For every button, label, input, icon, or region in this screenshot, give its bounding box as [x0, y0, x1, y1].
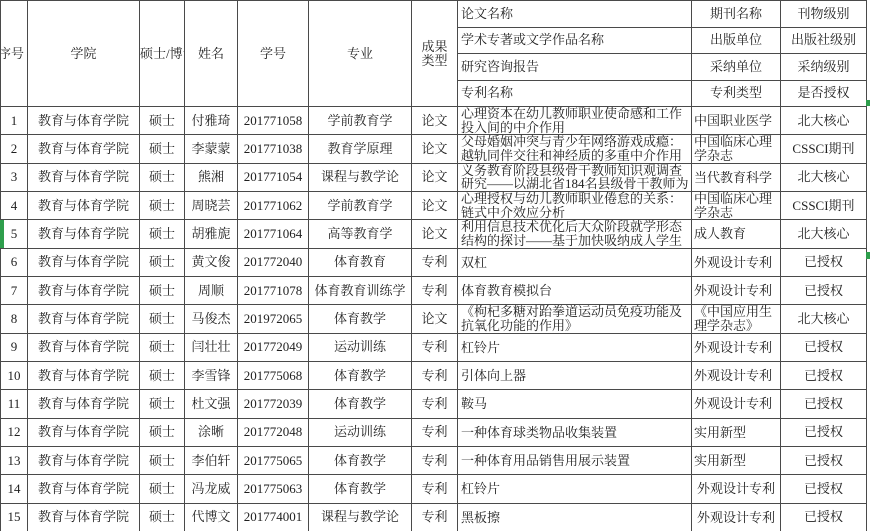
cell-student-id[interactable]: 201775063	[238, 475, 309, 503]
cell-row-number[interactable]: 10	[1, 361, 28, 389]
cell-work-title[interactable]: 双杠	[458, 248, 692, 276]
header-硕士博士[interactable]: 硕士/博士	[140, 1, 185, 107]
cell-work-title[interactable]: 利用信息技术优化后大众阶段就学形态结构的探讨——基于加快吸纳成人学生	[458, 220, 692, 248]
cell-major[interactable]: 教育学原理	[309, 135, 412, 163]
cell-degree[interactable]: 硕士	[140, 107, 185, 135]
cell-degree[interactable]: 硕士	[140, 163, 185, 191]
cell-student-id[interactable]: 201771038	[238, 135, 309, 163]
cell-student-name[interactable]: 付雅琦	[185, 107, 238, 135]
cell-result-type[interactable]: 专利	[412, 390, 458, 418]
selection-indicator-left	[0, 220, 4, 248]
cell-work-title[interactable]: 《枸杞多糖对跆拳道运动员免疫功能及抗氧化功能的作用》	[458, 305, 692, 333]
cell-degree[interactable]: 硕士	[140, 446, 185, 474]
cell-major[interactable]: 学前教育学	[309, 107, 412, 135]
spreadsheet-area: 序号 学院 硕士/博士 姓名 学号 专业 成果类型 论文名称 期刊名称 刊物级别…	[0, 0, 873, 531]
cell-major[interactable]: 体育教学	[309, 390, 412, 418]
cell-student-id[interactable]: 201771058	[238, 107, 309, 135]
header-论文名称[interactable]: 论文名称	[458, 1, 692, 28]
cell-degree[interactable]: 硕士	[140, 248, 185, 276]
header-学术专著名称[interactable]: 学术专著或文学作品名称	[458, 27, 692, 54]
cell-college[interactable]: 教育与体育学院	[28, 305, 140, 333]
cell-result-type[interactable]: 论文	[412, 135, 458, 163]
cell-level-or-granted[interactable]: CSSCI期刊	[781, 135, 867, 163]
cell-level-or-granted[interactable]: 北大核心	[781, 305, 867, 333]
table-row: 6 教育与体育学院 硕士 黄文俊 201772040 体育教育 专利 双杠 外观…	[1, 248, 867, 276]
selection-handle-bottom-right	[866, 252, 870, 259]
cell-work-title[interactable]: 心理资本在幼儿教师职业使命感和工作投入间的中介作用	[458, 107, 692, 135]
cell-student-name[interactable]: 杜文强	[185, 390, 238, 418]
cell-row-number[interactable]: 15	[1, 503, 28, 531]
cell-student-id[interactable]: 201771078	[238, 276, 309, 304]
cell-student-name[interactable]: 闫壮壮	[185, 333, 238, 361]
cell-degree[interactable]: 硕士	[140, 418, 185, 446]
cell-degree[interactable]: 硕士	[140, 305, 185, 333]
cell-student-id[interactable]: 201772040	[238, 248, 309, 276]
cell-work-title[interactable]: 体育教育模拟台	[458, 276, 692, 304]
cell-major[interactable]: 体育教学	[309, 475, 412, 503]
table-row: 7 教育与体育学院 硕士 周顺 201771078 体育教育训练学 专利 体育教…	[1, 276, 867, 304]
cell-result-type[interactable]: 专利	[412, 446, 458, 474]
cell-journal-or-patent-type[interactable]: 外观设计专利	[692, 390, 781, 418]
cell-student-id[interactable]: 201772048	[238, 418, 309, 446]
cell-row-number[interactable]: 8	[1, 305, 28, 333]
header-序号[interactable]: 序号	[1, 1, 28, 107]
cell-result-type[interactable]: 专利	[412, 475, 458, 503]
cell-journal-or-patent-type[interactable]: 外观设计专利	[692, 361, 781, 389]
cell-result-type[interactable]: 论文	[412, 220, 458, 248]
cell-degree[interactable]: 硕士	[140, 361, 185, 389]
cell-major[interactable]: 体育教育训练学	[309, 276, 412, 304]
cell-row-number[interactable]: 13	[1, 446, 28, 474]
cell-student-name[interactable]: 马俊杰	[185, 305, 238, 333]
cell-student-id[interactable]: 201972065	[238, 305, 309, 333]
table-row: 10 教育与体育学院 硕士 李雪锋 201775068 体育教学 专利 引体向上…	[1, 361, 867, 389]
cell-level-or-granted[interactable]: 已授权	[781, 446, 867, 474]
cell-journal-or-patent-type[interactable]: 中国临床心理学杂志	[692, 135, 781, 163]
cell-row-number[interactable]: 12	[1, 418, 28, 446]
cell-major[interactable]: 体育教学	[309, 446, 412, 474]
table-row: 15 教育与体育学院 硕士 代博文 201774001 课程与教学论 专利 黑板…	[1, 503, 867, 531]
cell-major[interactable]: 课程与教学论	[309, 503, 412, 531]
table-row: 14 教育与体育学院 硕士 冯龙威 201775063 体育教学 专利 杠铃片 …	[1, 475, 867, 503]
cell-level-or-granted[interactable]: 已授权	[781, 503, 867, 531]
cell-row-number[interactable]: 6	[1, 248, 28, 276]
cell-work-title[interactable]: 杠铃片	[458, 475, 692, 503]
cell-college[interactable]: 教育与体育学院	[28, 135, 140, 163]
cell-result-type[interactable]: 论文	[412, 163, 458, 191]
cell-row-number[interactable]: 5	[1, 220, 28, 248]
table-row: 2 教育与体育学院 硕士 李蒙蒙 201771038 教育学原理 论文 父母婚姻…	[1, 135, 867, 163]
header-专利类型[interactable]: 专利类型	[692, 80, 781, 107]
cell-level-or-granted[interactable]: 北大核心	[781, 220, 867, 248]
cell-student-name[interactable]: 涂晰	[185, 418, 238, 446]
cell-row-number[interactable]: 9	[1, 333, 28, 361]
cell-level-or-granted[interactable]: 北大核心	[781, 163, 867, 191]
cell-result-type[interactable]: 专利	[412, 333, 458, 361]
results-table: 序号 学院 硕士/博士 姓名 学号 专业 成果类型 论文名称 期刊名称 刊物级别…	[0, 0, 867, 531]
cell-result-type[interactable]: 论文	[412, 107, 458, 135]
cell-journal-or-patent-type[interactable]: 外观设计专利	[692, 248, 781, 276]
table-body: 1 教育与体育学院 硕士 付雅琦 201771058 学前教育学 论文 心理资本…	[1, 107, 867, 531]
cell-degree[interactable]: 硕士	[140, 503, 185, 531]
cell-major[interactable]: 运动训练	[309, 418, 412, 446]
cell-work-title[interactable]: 杠铃片	[458, 333, 692, 361]
cell-level-or-granted[interactable]: 北大核心	[781, 107, 867, 135]
table-row: 4 教育与体育学院 硕士 周晓芸 201771062 学前教育学 论文 心理授权…	[1, 191, 867, 219]
cell-major[interactable]: 体育教学	[309, 361, 412, 389]
table-row: 3 教育与体育学院 硕士 熊湘 201771054 课程与教学论 论文 义务教育…	[1, 163, 867, 191]
cell-college[interactable]: 教育与体育学院	[28, 503, 140, 531]
cell-student-name[interactable]: 周顺	[185, 276, 238, 304]
cell-college[interactable]: 教育与体育学院	[28, 418, 140, 446]
cell-level-or-granted[interactable]: 已授权	[781, 475, 867, 503]
cell-college[interactable]: 教育与体育学院	[28, 390, 140, 418]
cell-student-id[interactable]: 201771064	[238, 220, 309, 248]
cell-level-or-granted[interactable]: 已授权	[781, 333, 867, 361]
cell-journal-or-patent-type[interactable]: 《中国应用生理学杂志》	[692, 305, 781, 333]
cell-student-id[interactable]: 201771062	[238, 191, 309, 219]
cell-row-number[interactable]: 14	[1, 475, 28, 503]
cell-student-id[interactable]: 201775068	[238, 361, 309, 389]
header-采纳单位[interactable]: 采纳单位	[692, 54, 781, 81]
cell-row-number[interactable]: 7	[1, 276, 28, 304]
cell-row-number[interactable]: 3	[1, 163, 28, 191]
cell-journal-or-patent-type[interactable]: 实用新型	[692, 446, 781, 474]
cell-degree[interactable]: 硕士	[140, 333, 185, 361]
cell-journal-or-patent-type[interactable]: 中国职业医学	[692, 107, 781, 135]
cell-major[interactable]: 课程与教学论	[309, 163, 412, 191]
cell-level-or-granted[interactable]: CSSCI期刊	[781, 191, 867, 219]
cell-row-number[interactable]: 4	[1, 191, 28, 219]
cell-student-name[interactable]: 胡雅旎	[185, 220, 238, 248]
cell-row-number[interactable]: 11	[1, 390, 28, 418]
cell-major[interactable]: 运动训练	[309, 333, 412, 361]
cell-work-title[interactable]: 心理授权与幼儿教师职业倦怠的关系：链式中介效应分析	[458, 191, 692, 219]
cell-work-title[interactable]: 鞍马	[458, 390, 692, 418]
cell-student-name[interactable]: 李伯轩	[185, 446, 238, 474]
header-刊物级别[interactable]: 刊物级别	[781, 1, 867, 28]
header-学院[interactable]: 学院	[28, 1, 140, 107]
cell-level-or-granted[interactable]: 已授权	[781, 390, 867, 418]
cell-college[interactable]: 教育与体育学院	[28, 163, 140, 191]
cell-student-name[interactable]: 熊湘	[185, 163, 238, 191]
cell-degree[interactable]: 硕士	[140, 390, 185, 418]
selection-handle-top-right	[866, 100, 870, 106]
cell-result-type[interactable]: 论文	[412, 305, 458, 333]
cell-college[interactable]: 教育与体育学院	[28, 191, 140, 219]
cell-major[interactable]: 学前教育学	[309, 191, 412, 219]
cell-work-title[interactable]: 一种体育用品销售用展示装置	[458, 446, 692, 474]
cell-work-title[interactable]: 黑板擦	[458, 503, 692, 531]
cell-level-or-granted[interactable]: 已授权	[781, 418, 867, 446]
cell-result-type[interactable]: 专利	[412, 503, 458, 531]
table-row: 12 教育与体育学院 硕士 涂晰 201772048 运动训练 专利 一种体育球…	[1, 418, 867, 446]
header-期刊名称[interactable]: 期刊名称	[692, 1, 781, 28]
table-row: 5 教育与体育学院 硕士 胡雅旎 201771064 高等教育学 论文 利用信息…	[1, 220, 867, 248]
cell-result-type[interactable]: 论文	[412, 191, 458, 219]
cell-journal-or-patent-type[interactable]: 外观设计专利	[692, 475, 781, 503]
cell-work-title[interactable]: 引体向上器	[458, 361, 692, 389]
cell-work-title[interactable]: 义务教育阶段县级骨干教师知识观调查研究——以湖北省184名县级骨干教师为	[458, 163, 692, 191]
cell-college[interactable]: 教育与体育学院	[28, 248, 140, 276]
cell-major[interactable]: 体育教学	[309, 305, 412, 333]
cell-result-type[interactable]: 专利	[412, 361, 458, 389]
cell-journal-or-patent-type[interactable]: 当代教育科学	[692, 163, 781, 191]
cell-result-type[interactable]: 专利	[412, 248, 458, 276]
cell-level-or-granted[interactable]: 已授权	[781, 361, 867, 389]
table-row: 11 教育与体育学院 硕士 杜文强 201772039 体育教学 专利 鞍马 外…	[1, 390, 867, 418]
cell-journal-or-patent-type[interactable]: 外观设计专利	[692, 276, 781, 304]
cell-college[interactable]: 教育与体育学院	[28, 475, 140, 503]
cell-student-id[interactable]: 201771054	[238, 163, 309, 191]
cell-student-name[interactable]: 黄文俊	[185, 248, 238, 276]
cell-college[interactable]: 教育与体育学院	[28, 276, 140, 304]
table-row: 9 教育与体育学院 硕士 闫壮壮 201772049 运动训练 专利 杠铃片 外…	[1, 333, 867, 361]
cell-student-id[interactable]: 201774001	[238, 503, 309, 531]
cell-major[interactable]: 体育教育	[309, 248, 412, 276]
header-专利名称[interactable]: 专利名称	[458, 80, 692, 107]
cell-row-number[interactable]: 1	[1, 107, 28, 135]
table-header: 序号 学院 硕士/博士 姓名 学号 专业 成果类型 论文名称 期刊名称 刊物级别…	[1, 1, 867, 107]
cell-student-id[interactable]: 201772049	[238, 333, 309, 361]
cell-college[interactable]: 教育与体育学院	[28, 333, 140, 361]
header-采纳级别[interactable]: 采纳级别	[781, 54, 867, 81]
cell-journal-or-patent-type[interactable]: 成人教育	[692, 220, 781, 248]
cell-level-or-granted[interactable]: 已授权	[781, 248, 867, 276]
cell-college[interactable]: 教育与体育学院	[28, 107, 140, 135]
header-专业[interactable]: 专业	[309, 1, 412, 107]
cell-college[interactable]: 教育与体育学院	[28, 446, 140, 474]
cell-student-name[interactable]: 李雪锋	[185, 361, 238, 389]
cell-degree[interactable]: 硕士	[140, 276, 185, 304]
header-研究咨询报告[interactable]: 研究咨询报告	[458, 54, 692, 81]
cell-college[interactable]: 教育与体育学院	[28, 220, 140, 248]
header-出版社级别[interactable]: 出版社级别	[781, 27, 867, 54]
cell-student-name[interactable]: 李蒙蒙	[185, 135, 238, 163]
cell-work-title[interactable]: 一种体育球类物品收集装置	[458, 418, 692, 446]
cell-student-name[interactable]: 冯龙威	[185, 475, 238, 503]
header-是否授权[interactable]: 是否授权	[781, 80, 867, 107]
cell-journal-or-patent-type[interactable]: 中国临床心理学杂志	[692, 191, 781, 219]
table-row: 1 教育与体育学院 硕士 付雅琦 201771058 学前教育学 论文 心理资本…	[1, 107, 867, 135]
cell-result-type[interactable]: 专利	[412, 418, 458, 446]
header-出版单位[interactable]: 出版单位	[692, 27, 781, 54]
cell-degree[interactable]: 硕士	[140, 191, 185, 219]
table-row: 8 教育与体育学院 硕士 马俊杰 201972065 体育教学 论文 《枸杞多糖…	[1, 305, 867, 333]
header-学号[interactable]: 学号	[238, 1, 309, 107]
table-row: 13 教育与体育学院 硕士 李伯轩 201775065 体育教学 专利 一种体育…	[1, 446, 867, 474]
header-姓名[interactable]: 姓名	[185, 1, 238, 107]
cell-student-id[interactable]: 201772039	[238, 390, 309, 418]
header-成果类型[interactable]: 成果类型	[412, 1, 458, 107]
cell-journal-or-patent-type[interactable]: 实用新型	[692, 418, 781, 446]
cell-student-id[interactable]: 201775065	[238, 446, 309, 474]
cell-college[interactable]: 教育与体育学院	[28, 361, 140, 389]
cell-row-number[interactable]: 2	[1, 135, 28, 163]
cell-work-title[interactable]: 父母婚姻冲突与青少年网络游戏成瘾：越轨同伴交往和神经质的多重中介作用	[458, 135, 692, 163]
cell-journal-or-patent-type[interactable]: 外观设计专利	[692, 503, 781, 531]
cell-level-or-granted[interactable]: 已授权	[781, 276, 867, 304]
cell-student-name[interactable]: 周晓芸	[185, 191, 238, 219]
cell-degree[interactable]: 硕士	[140, 135, 185, 163]
cell-major[interactable]: 高等教育学	[309, 220, 412, 248]
cell-result-type[interactable]: 专利	[412, 276, 458, 304]
cell-degree[interactable]: 硕士	[140, 475, 185, 503]
cell-degree[interactable]: 硕士	[140, 220, 185, 248]
cell-journal-or-patent-type[interactable]: 外观设计专利	[692, 333, 781, 361]
cell-student-name[interactable]: 代博文	[185, 503, 238, 531]
